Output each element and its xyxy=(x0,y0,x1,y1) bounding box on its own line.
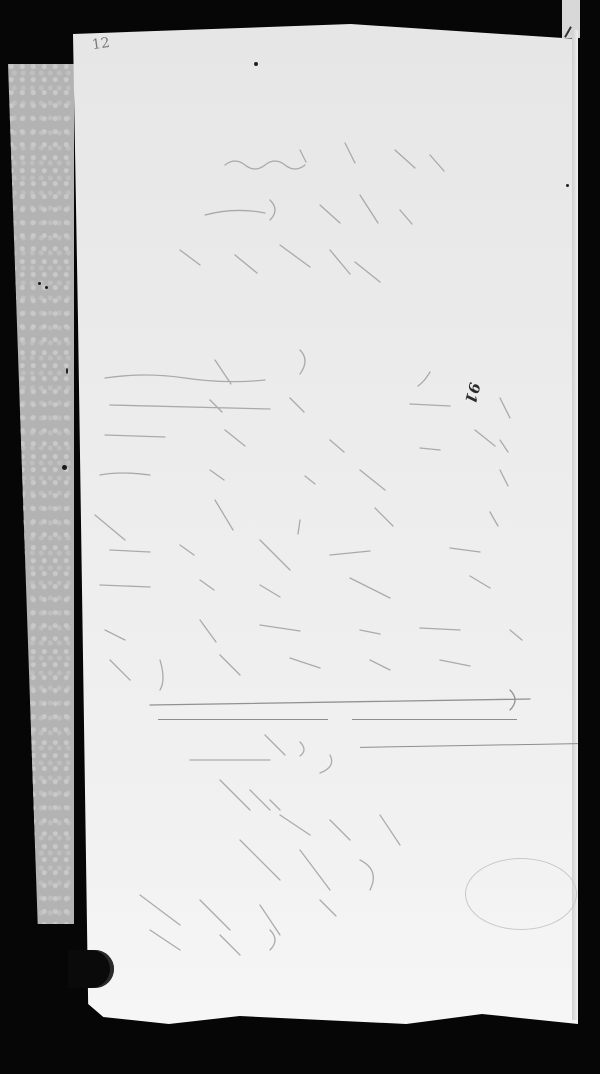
back-sheet-mark xyxy=(66,368,68,374)
back-sheet-mark xyxy=(38,282,41,285)
page-right-edge xyxy=(572,30,578,1020)
back-sheet-mark xyxy=(62,465,67,470)
corner-page-number: 12 xyxy=(91,35,111,53)
back-sheet-mark xyxy=(45,286,48,289)
ink-spot xyxy=(566,184,569,187)
underline-right xyxy=(352,719,517,720)
binder-clip xyxy=(68,950,114,988)
faint-stamp-outline xyxy=(465,858,577,930)
underline-left xyxy=(158,719,328,720)
ink-spot xyxy=(254,62,258,66)
